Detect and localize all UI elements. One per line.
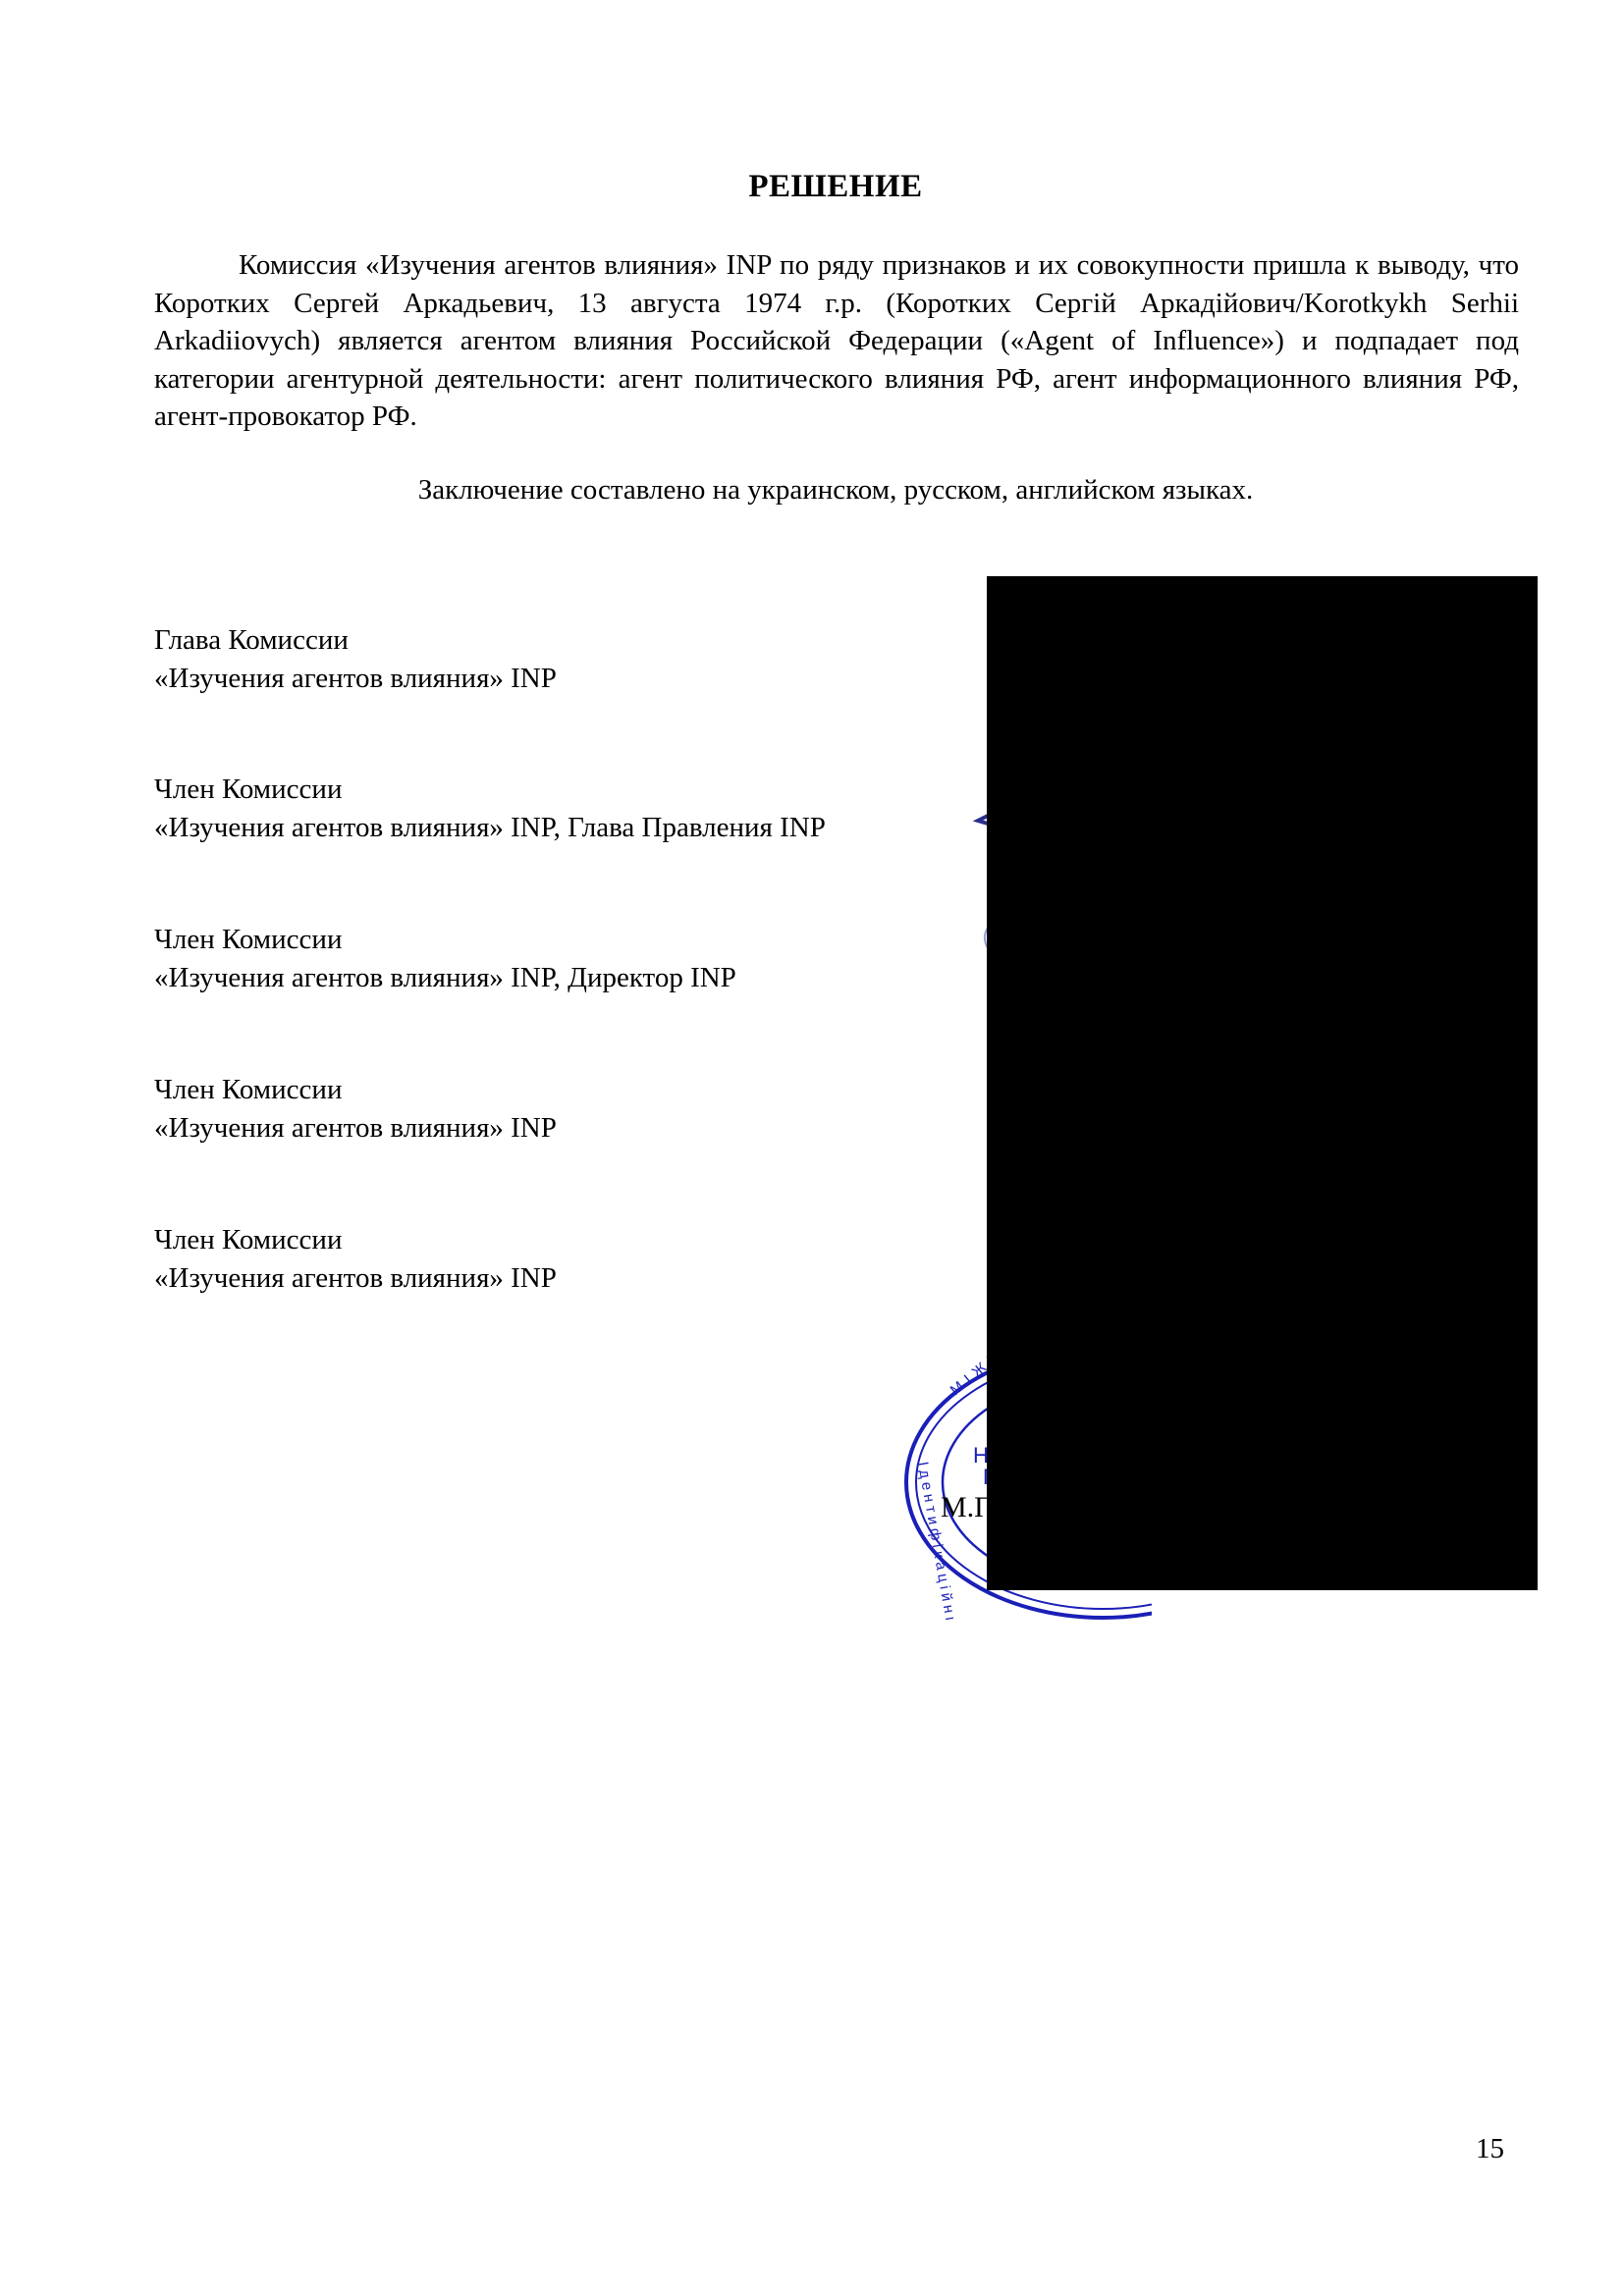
redaction-block [987,576,1538,1590]
signatory-role: Член Комиссии [154,921,736,959]
signatory-4: Член Комиссии «Изучения агентов влияния»… [154,1071,557,1147]
signatory-affiliation: «Изучения агентов влияния» INP [154,1109,557,1148]
svg-text:Ідентифікаційний: Ідентифікаційний [914,1461,962,1620]
signatory-role: Член Комиссии [154,1071,557,1109]
signatory-2: Член Комиссии «Изучения агентов влияния»… [154,771,826,846]
signatory-affiliation: «Изучения агентов влияния» INP [154,660,557,698]
document-title: РЕШЕНИЕ [0,169,1624,205]
signatory-affiliation: «Изучения агентов влияния» INP, Глава Пр… [154,809,826,847]
signatory-1: Глава Комиссии «Изучения агентов влияния… [154,621,557,697]
page-number: 15 [1476,2133,1504,2165]
signatory-role: Глава Комиссии [154,621,557,660]
signatory-5: Член Комиссии «Изучения агентов влияния»… [154,1221,557,1297]
languages-note: Заключение составлено на украинском, рус… [0,474,1624,507]
signatory-affiliation: «Изучения агентов влияния» INP [154,1259,557,1298]
signatory-affiliation: «Изучения агентов влияния» INP, Директор… [154,959,736,997]
signatory-3: Член Комиссии «Изучения агентов влияния»… [154,921,736,996]
signatory-role: Член Комиссии [154,771,826,809]
decision-paragraph: Комиссия «Изучения агентов влияния» INP … [154,246,1519,436]
signatory-role: Член Комиссии [154,1221,557,1259]
